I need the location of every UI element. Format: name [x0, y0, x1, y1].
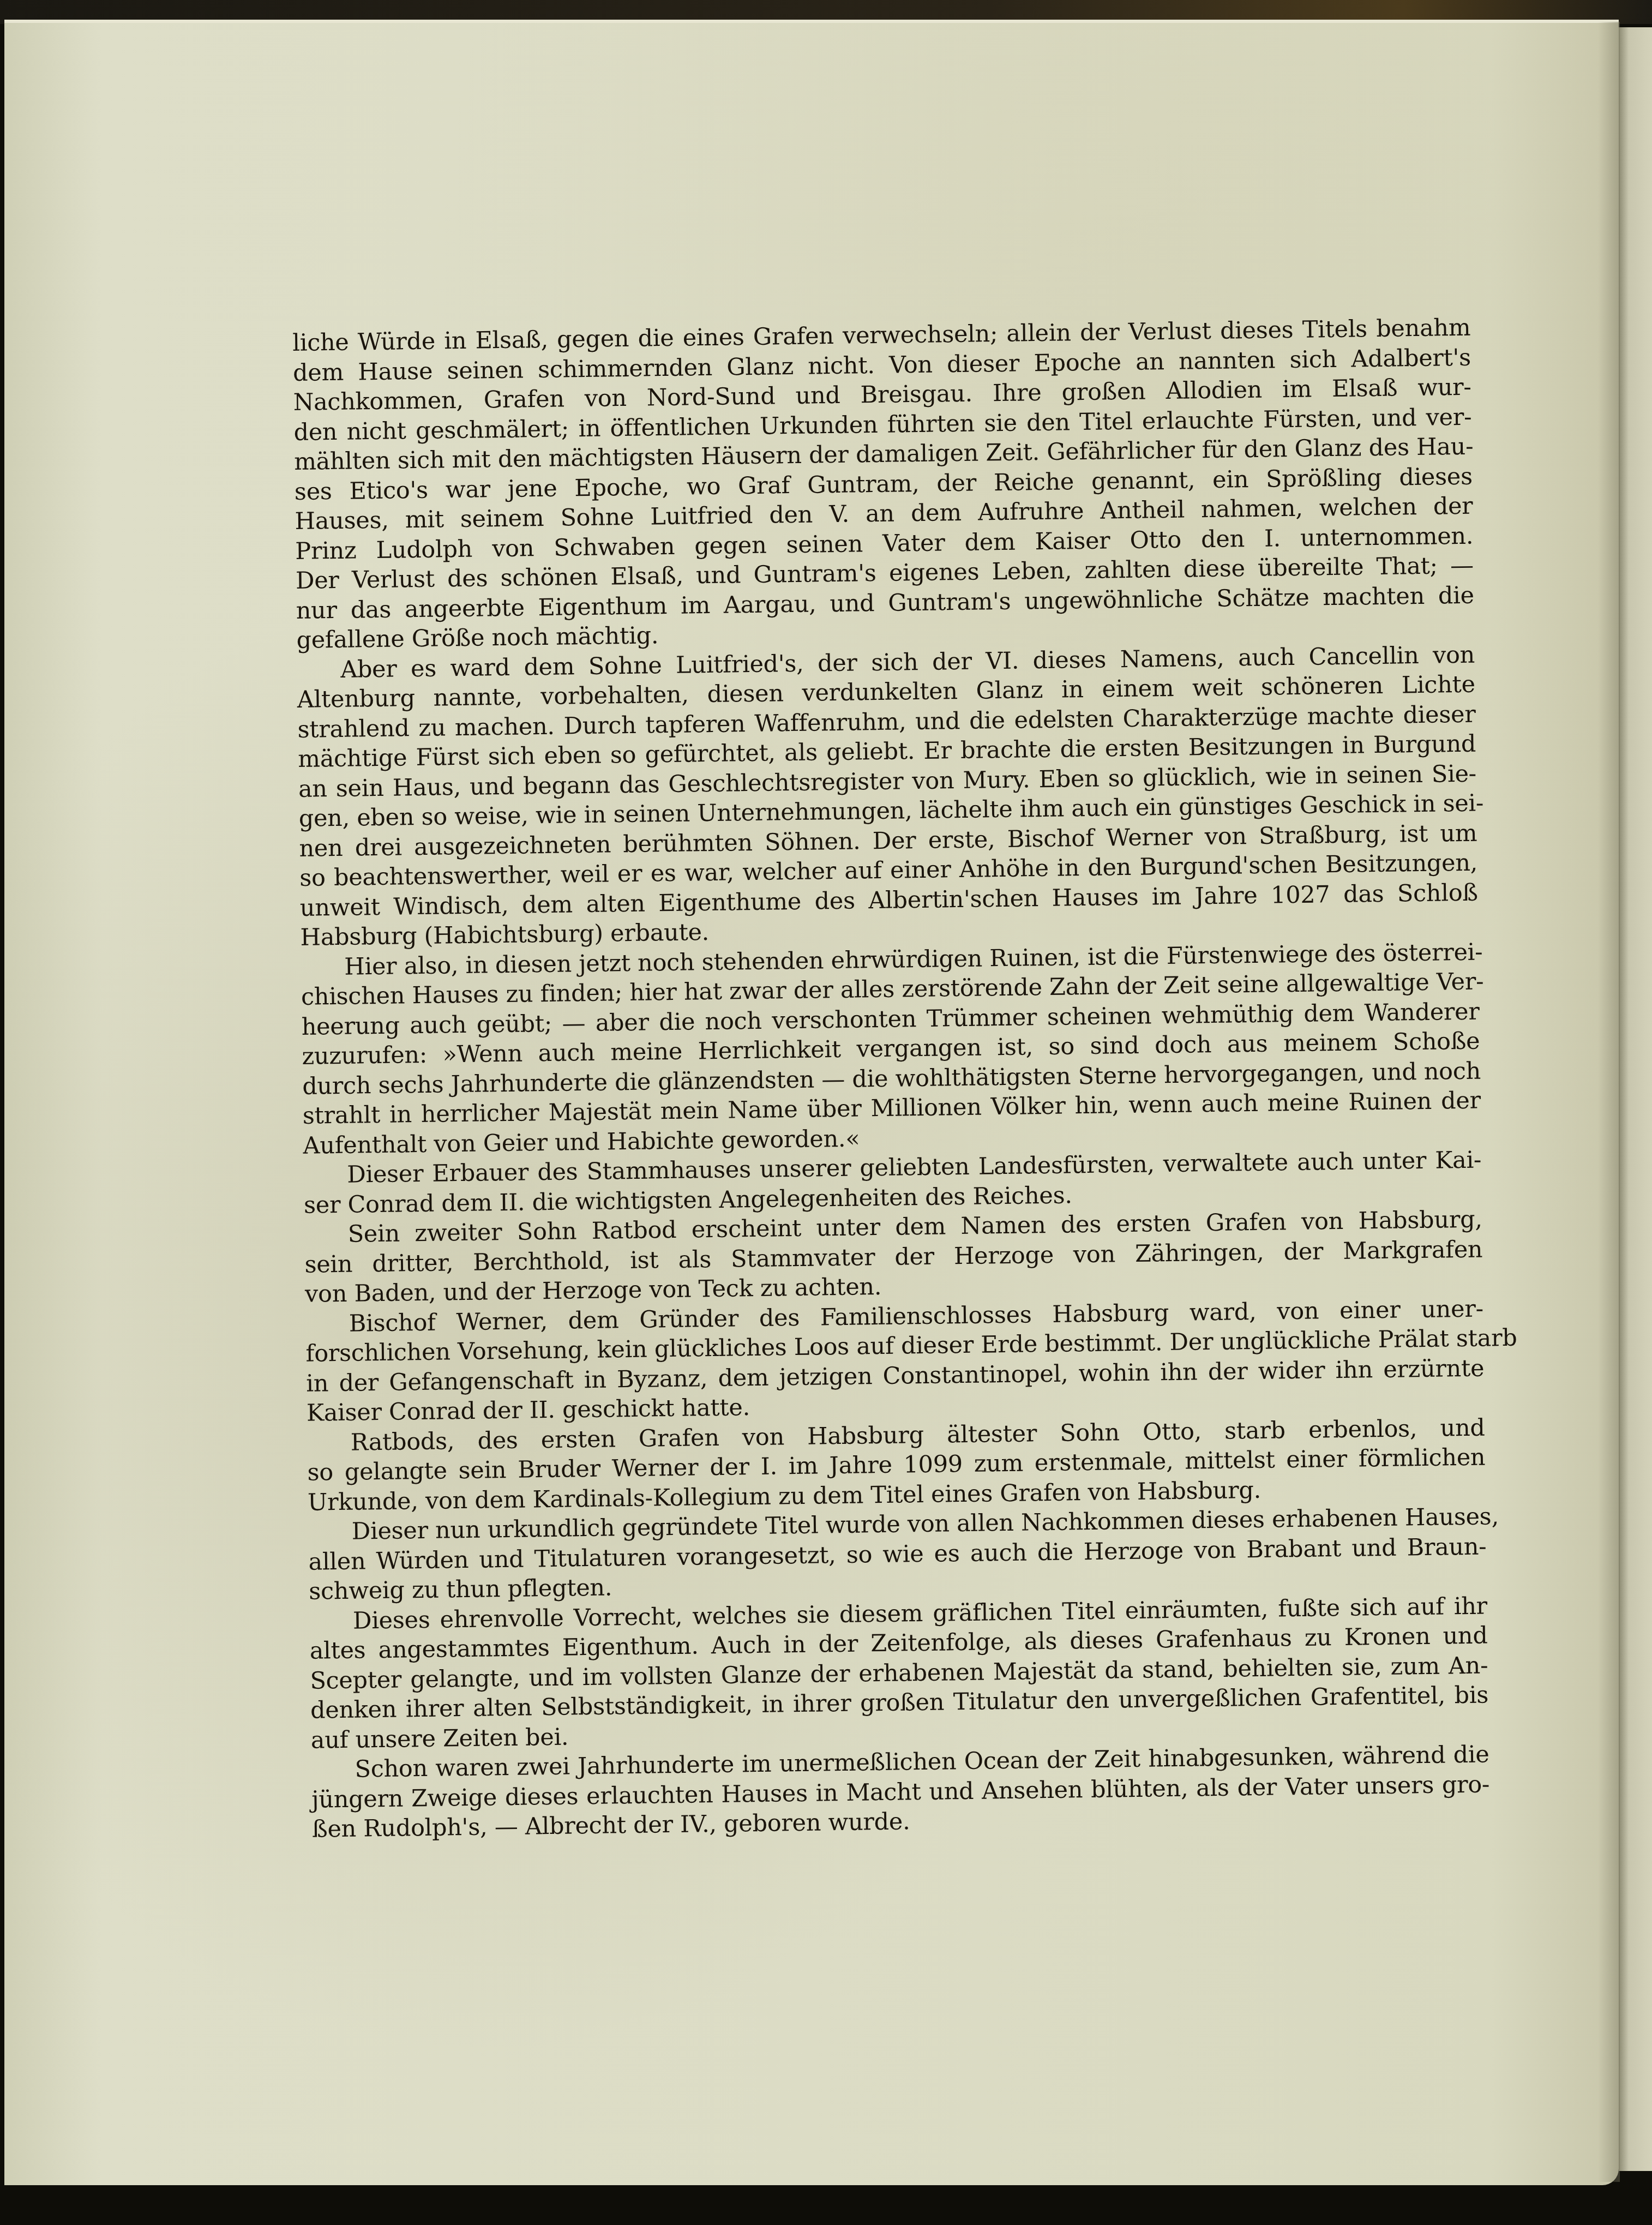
paragraph: Bischof Werner, dem Gründer des Familien… [305, 1294, 1485, 1428]
paragraph: liche Würde in Elsaß, gegen die eines Gr… [292, 313, 1475, 656]
paragraph: Dieses ehrenvolle Vorrecht, welches sie … [309, 1591, 1489, 1755]
adjacent-page-edge [1619, 27, 1652, 2171]
paragraph: Sein zweiter Sohn Ratbod erscheint unter… [304, 1205, 1483, 1310]
page-gutter-shadow [1598, 22, 1620, 2182]
paragraph: Aber es ward dem Sohne Luitfried's, der … [297, 640, 1479, 952]
paragraph: Ratbods, des ersten Grafen von Habsburg … [307, 1413, 1486, 1518]
page-body-text: liche Würde in Elsaß, gegen die eines Gr… [292, 313, 1490, 1845]
paragraph: Dieser nun urkundlich gegründete Titel w… [308, 1502, 1487, 1607]
paragraph: Schon waren zwei Jahrhunderte im unermeß… [311, 1740, 1490, 1845]
paragraph: Hier also, in diesen jetzt noch stehende… [301, 937, 1481, 1161]
